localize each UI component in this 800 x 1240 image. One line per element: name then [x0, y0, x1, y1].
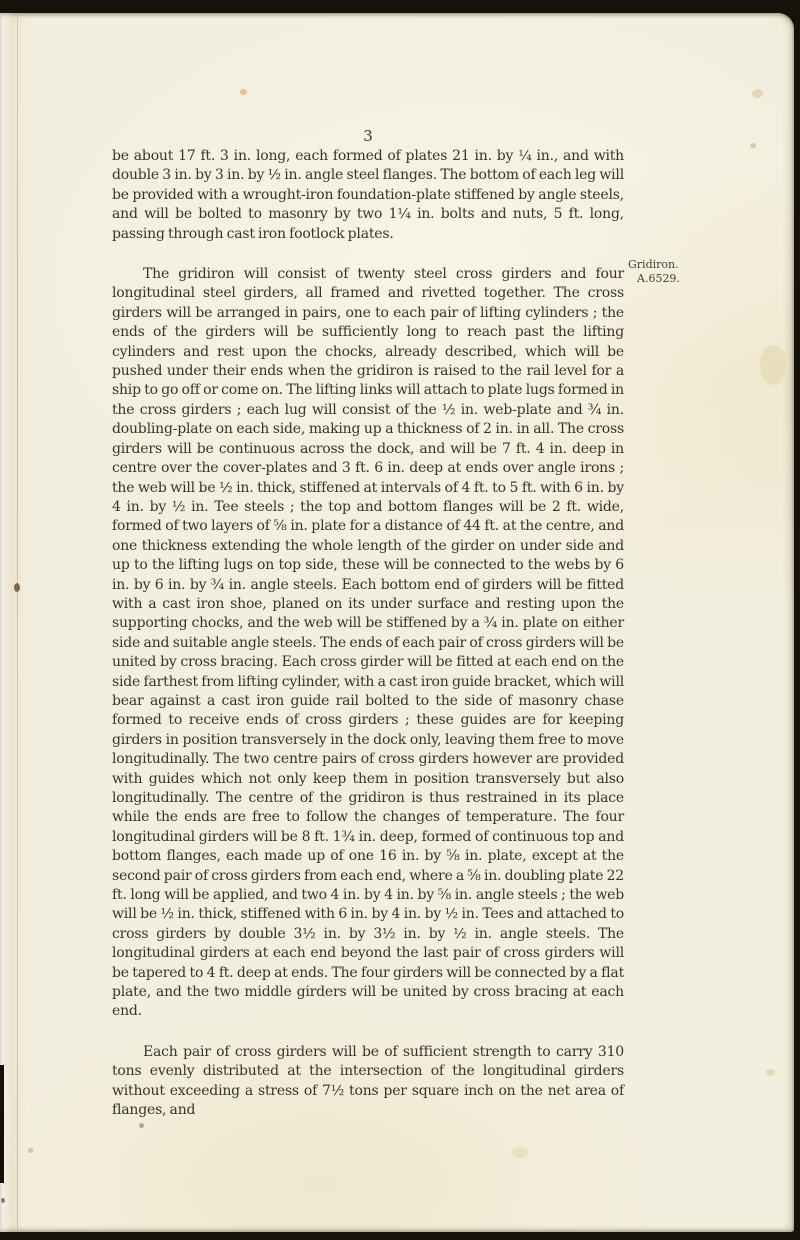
page-crease-line	[17, 13, 18, 1232]
page-gutter-shading	[0, 13, 26, 1232]
margin-note: Gridiron. A.6529.	[628, 258, 698, 285]
document-page: 3 Gridiron. A.6529. be about 17 ft. 3 in…	[0, 13, 794, 1232]
age-spot	[240, 89, 247, 95]
age-spot	[14, 583, 20, 592]
paragraph-gridiron-description: The gridiron will consist of twenty stee…	[112, 265, 624, 1022]
margin-note-title: Gridiron.	[628, 258, 698, 272]
age-spot	[512, 1148, 528, 1158]
body-text-column: be about 17 ft. 3 in. long, each formed …	[112, 147, 624, 1121]
age-spot	[1, 1198, 5, 1203]
age-spot	[28, 1148, 33, 1153]
age-spot	[752, 89, 763, 98]
age-spot	[139, 1123, 144, 1128]
age-spot	[760, 345, 786, 385]
age-spot	[750, 143, 756, 148]
scan-edge-shadow	[0, 1065, 4, 1183]
paragraph-continuation: be about 17 ft. 3 in. long, each formed …	[112, 147, 624, 244]
margin-note-reference: A.6529.	[628, 272, 698, 286]
paragraph-girder-strength: Each pair of cross girders will be of su…	[112, 1043, 624, 1121]
page-number: 3	[112, 127, 624, 145]
scanned-book-photo: 3 Gridiron. A.6529. be about 17 ft. 3 in…	[0, 0, 800, 1240]
age-spot	[766, 1069, 775, 1076]
